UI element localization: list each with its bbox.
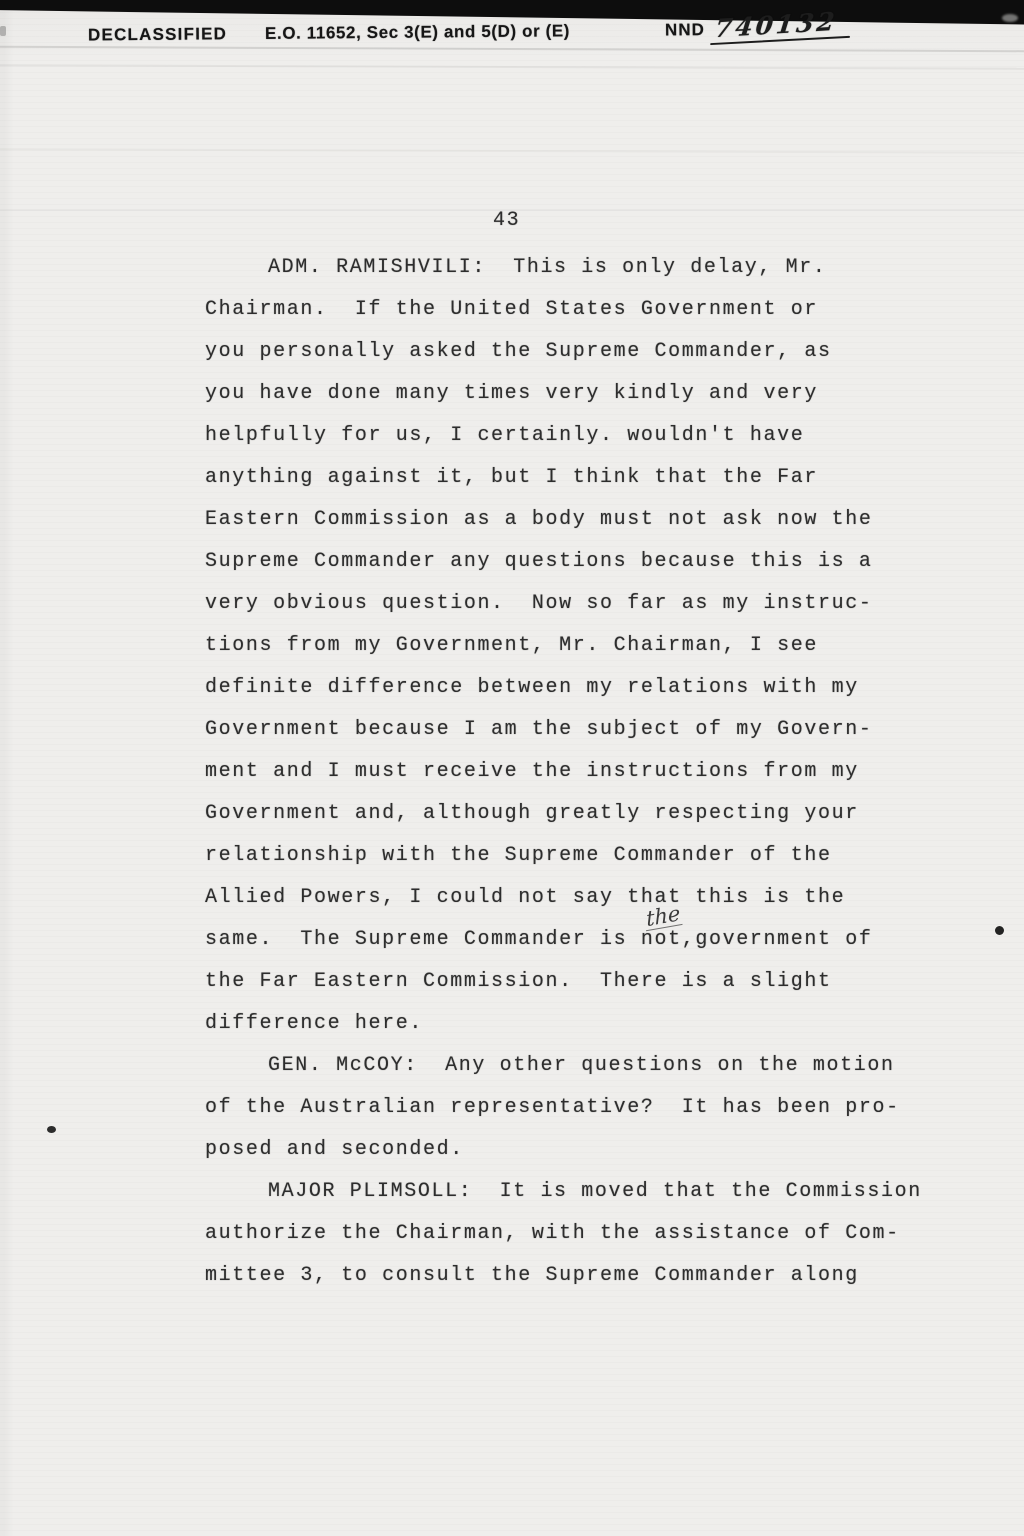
scan-smudge bbox=[0, 26, 6, 36]
typed-line: same. The Supreme Commander is not,gover… bbox=[205, 919, 905, 961]
typed-line: the Far Eastern Commission. There is a s… bbox=[205, 961, 905, 1003]
declassified-label: DECLASSIFIED bbox=[88, 24, 227, 45]
scanned-document-page: DECLASSIFIED E.O. 11652, Sec 3(E) and 5(… bbox=[0, 0, 1024, 1536]
typed-line: you personally asked the Supreme Command… bbox=[205, 331, 905, 373]
scan-smudge bbox=[1002, 14, 1018, 22]
typed-line: ment and I must receive the instructions… bbox=[205, 751, 905, 793]
typed-line: Eastern Commission as a body must not as… bbox=[205, 499, 905, 541]
typed-body-text: ADM. RAMISHVILI: This is only delay, Mr.… bbox=[205, 247, 905, 1297]
typed-line: Allied Powers, I could not say that this… bbox=[205, 877, 905, 919]
executive-order-text: E.O. 11652, Sec 3(E) and 5(D) or (E) bbox=[265, 21, 570, 44]
typed-line: helpfully for us, I certainly. wouldn't … bbox=[205, 415, 905, 457]
nnd-label: NND bbox=[665, 20, 705, 40]
typed-line: ADM. RAMISHVILI: This is only delay, Mr. bbox=[205, 247, 905, 289]
typed-line: of the Australian representative? It has… bbox=[205, 1087, 905, 1129]
typed-line: authorize the Chairman, with the assista… bbox=[205, 1213, 905, 1255]
declassification-stamp: DECLASSIFIED E.O. 11652, Sec 3(E) and 5(… bbox=[88, 12, 888, 53]
typed-line: you have done many times very kindly and… bbox=[205, 373, 905, 415]
typed-line: relationship with the Supreme Commander … bbox=[205, 835, 905, 877]
margin-ink-dot bbox=[995, 926, 1004, 935]
typed-line: Government and, although greatly respect… bbox=[205, 793, 905, 835]
typed-line: Government because I am the subject of m… bbox=[205, 709, 905, 751]
typed-line: very obvious question. Now so far as my … bbox=[205, 583, 905, 625]
typed-line: anything against it, but I think that th… bbox=[205, 457, 905, 499]
typed-line: posed and seconded. bbox=[205, 1129, 905, 1171]
typed-line: GEN. McCOY: Any other questions on the m… bbox=[205, 1045, 905, 1087]
typed-line: MAJOR PLIMSOLL: It is moved that the Com… bbox=[205, 1171, 905, 1213]
typed-line: difference here. bbox=[205, 1003, 905, 1045]
scan-streak bbox=[0, 148, 1024, 154]
typed-line: definite difference between my relations… bbox=[205, 667, 905, 709]
typed-line: mittee 3, to consult the Supreme Command… bbox=[205, 1255, 905, 1297]
typed-line: tions from my Government, Mr. Chairman, … bbox=[205, 625, 905, 667]
typed-line: Supreme Commander any questions because … bbox=[205, 541, 905, 583]
margin-ink-dot bbox=[47, 1126, 56, 1133]
typed-line: Chairman. If the United States Governmen… bbox=[205, 289, 905, 331]
scan-streak bbox=[0, 64, 1024, 70]
page-number: 43 bbox=[493, 209, 520, 232]
